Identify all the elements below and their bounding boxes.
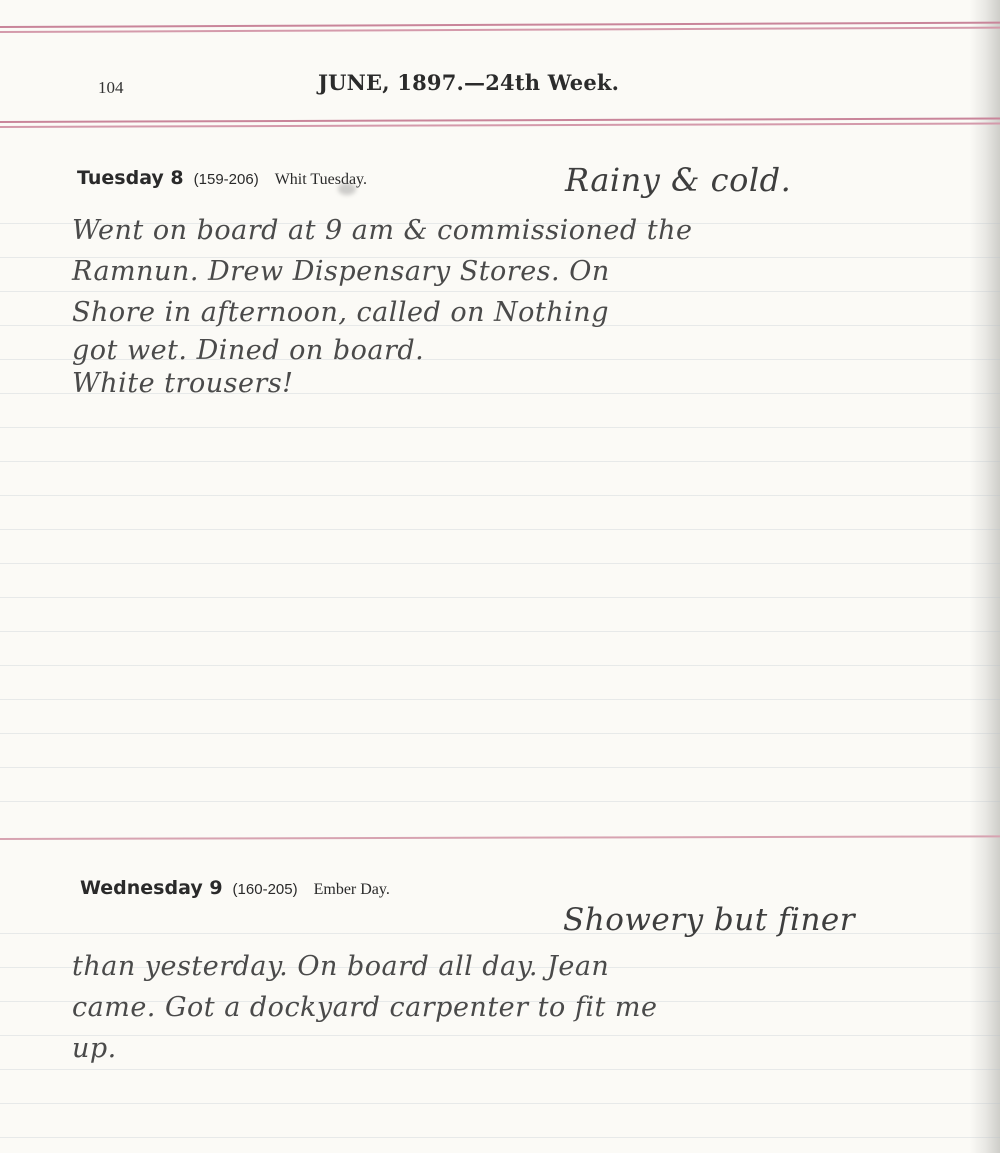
day-count: (159-206) — [194, 171, 259, 188]
ink-smudge — [338, 183, 356, 195]
handwritten-entry-wednesday: than yesterday. On board all day. Jean c… — [72, 946, 657, 1069]
handwritten-weather: Rainy & cold. — [565, 160, 791, 201]
handwritten-line: came. Got a dockyard carpenter to fit me — [72, 987, 657, 1028]
entry-heading-wednesday: Wednesday 9 (160-205) Ember Day. — [80, 877, 390, 899]
handwritten-line: got wet. Dined on board. — [72, 333, 692, 368]
header-double-rule — [0, 118, 1000, 128]
top-double-rule — [0, 22, 1000, 33]
handwritten-line: Went on board at 9 am & commissioned the — [72, 210, 692, 251]
entry-heading-tuesday: Tuesday 8 (159-206) Whit Tuesday. — [77, 167, 367, 189]
day-separator-rule — [0, 835, 1000, 840]
running-title: JUNE, 1897.—24th Week. — [318, 70, 619, 95]
day-name: Wednesday 9 — [80, 877, 223, 899]
handwritten-line: White trousers! — [72, 368, 692, 400]
page-number: 104 — [98, 78, 124, 98]
handwritten-line: Ramnun. Drew Dispensary Stores. On — [72, 251, 692, 292]
day-observance: Ember Day. — [314, 881, 390, 899]
day-count: (160-205) — [233, 881, 298, 898]
diary-page: 104 JUNE, 1897.—24th Week. Tuesday 8 (15… — [0, 0, 1000, 1153]
handwritten-line: up. — [72, 1028, 657, 1069]
handwritten-line: Shore in afternoon, called on Nothing — [72, 292, 692, 333]
handwritten-entry-tuesday: Went on board at 9 am & commissioned the… — [72, 210, 692, 400]
handwritten-weather: Showery but finer — [563, 900, 855, 941]
handwritten-line: than yesterday. On board all day. Jean — [72, 946, 657, 987]
day-name: Tuesday 8 — [77, 167, 184, 189]
